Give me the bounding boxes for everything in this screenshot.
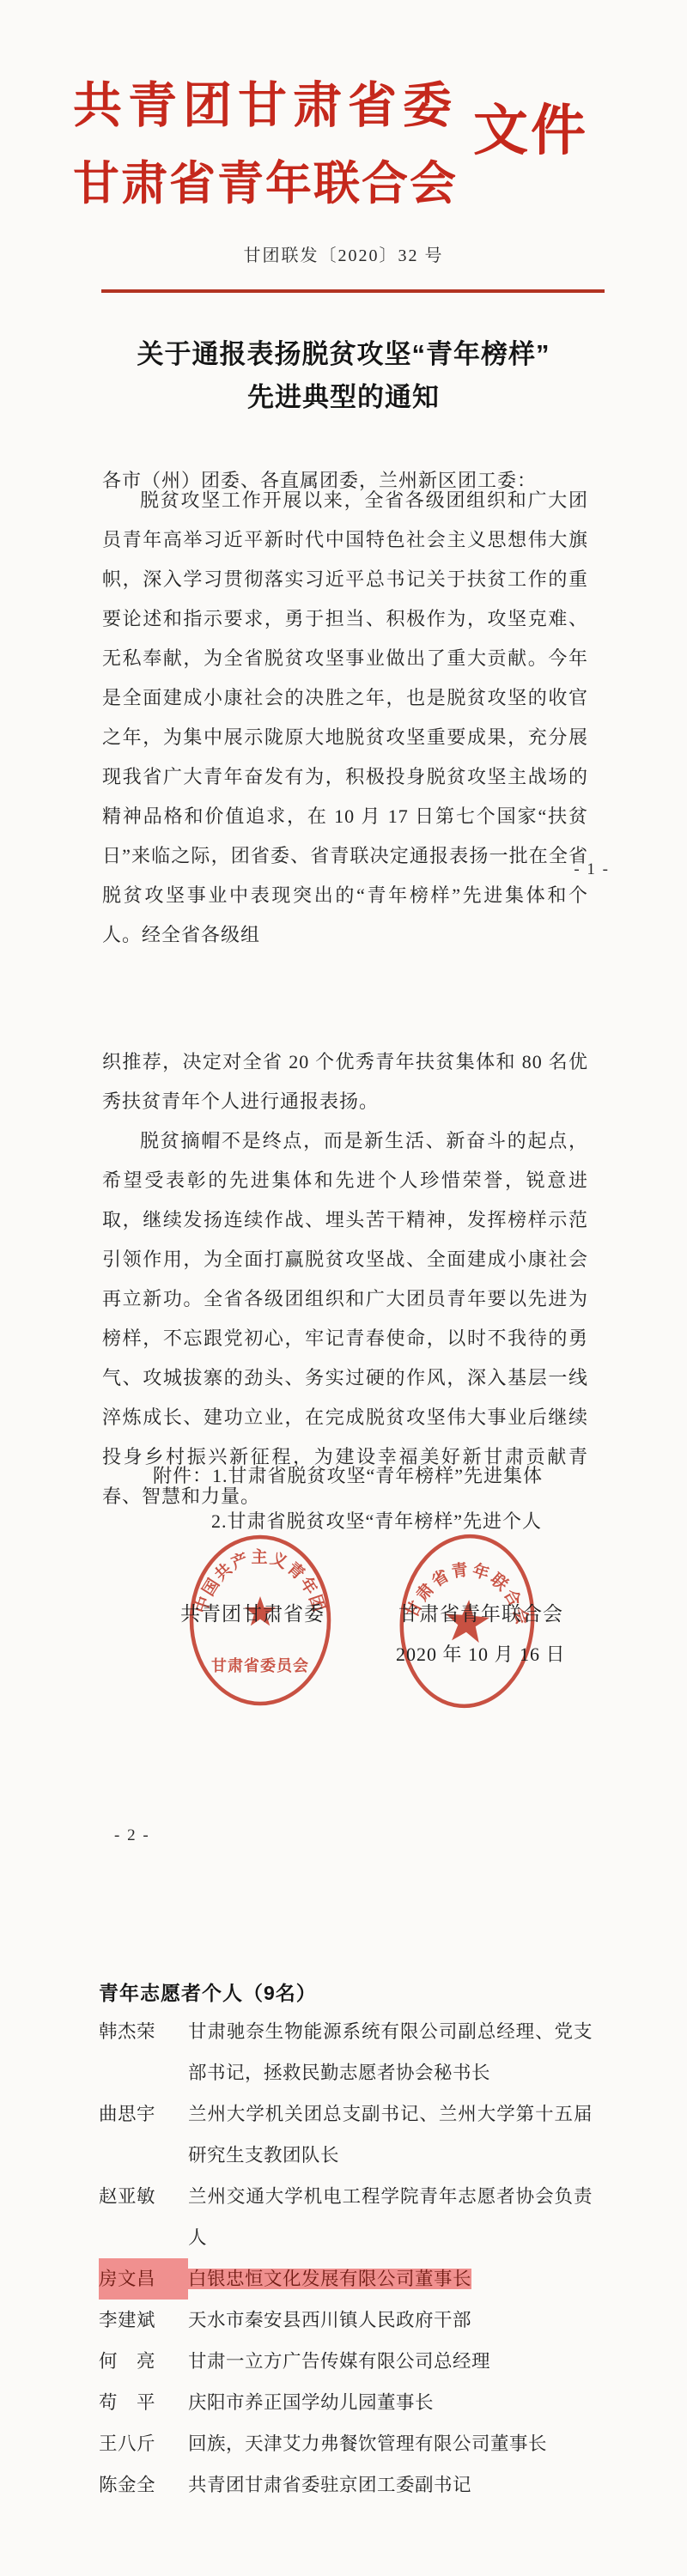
person-name: 王八斤 [99,2423,188,2464]
letterhead-org-line2: 甘肃省青年联合会 [73,146,468,222]
person-description: 共青团甘肃省委驻京团工委副书记 [188,2475,471,2495]
person-name: 陈金全 [99,2464,188,2506]
signature-org-2: 甘肃省青年联合会 [398,1598,563,1626]
person-description: 甘肃驰奈生物能源系统有限公司副总经理、党支部书记，拯救民勤志愿者协会秘书长 [188,2021,593,2083]
person-description: 回族，天津艾力弗餐饮管理有限公司董事长 [188,2433,547,2454]
person-description: 兰州交通大学机电工程学院青年志愿者协会负责人 [188,2186,593,2248]
person-name: 赵亚敏 [99,2176,188,2217]
notice-title-line1: 关于通报表扬脱贫攻坚“青年榜样” [0,333,687,376]
person-name: 房文昌 [99,2258,188,2300]
seal-left-bottom-text: 甘肃省委员会 [211,1656,309,1674]
list-item: 韩杰荣甘肃驰奈生物能源系统有限公司副总经理、党支部书记，拯救民勤志愿者协会秘书长 [99,2011,593,2093]
person-name: 曲思宇 [99,2093,188,2135]
document-number: 甘团联发〔2020〕32 号 [0,241,687,266]
person-description: 天水市秦安县西川镇人民政府干部 [188,2310,471,2330]
signature-date: 2020 年 10 月 16 日 [396,1640,566,1667]
person-name: 何 亮 [99,2341,188,2382]
letterhead: 共青团甘肃省委 甘肃省青年联合会 [73,67,468,222]
scanned-official-document: 共青团甘肃省委 甘肃省青年联合会 文件 甘团联发〔2020〕32 号 关于通报表… [0,0,687,2576]
page-1-number: - 1 - [574,860,610,879]
letterhead-org-line1: 共青团甘肃省委 [73,67,468,146]
list-item: 苟 平庆阳市养正国学幼儿园董事长 [99,2382,593,2423]
person-name: 苟 平 [99,2382,188,2423]
list-item-highlighted: 房文昌白银忠恒文化发展有限公司董事长 [99,2258,593,2300]
person-description: 兰州大学机关团总支副书记、兰州大学第十五届研究生支教团队长 [188,2104,593,2166]
page-2-number: - 2 - [114,1826,150,1845]
red-separator-line [101,289,605,293]
notice-title-line2: 先进典型的通知 [0,376,687,419]
attachments-label: 附件： [153,1465,212,1486]
person-name: 李建斌 [99,2300,188,2341]
page-2-body: 织推荐，决定对全省 20 个优秀青年扶贫集体和 80 名优秀扶贫青年个人进行通报… [102,1042,588,1516]
attachment-line-1: 附件：1.甘肃省脱贫攻坚“青年榜样”先进集体 [153,1453,543,1498]
award-list: 韩杰荣甘肃驰奈生物能源系统有限公司副总经理、党支部书记，拯救民勤志愿者协会秘书长… [99,2011,593,2506]
list-item: 王八斤回族，天津艾力弗餐饮管理有限公司董事长 [99,2423,593,2464]
paragraph-1: 脱贫攻坚工作开展以来，全省各级团组织和广大团员青年高举习近平新时代中国特色社会主… [102,481,588,955]
list-item: 曲思宇兰州大学机关团总支副书记、兰州大学第十五届研究生支教团队长 [99,2093,593,2176]
attachments-block: 附件：1.甘肃省脱贫攻坚“青年榜样”先进集体 2.甘肃省脱贫攻坚“青年榜样”先进… [153,1453,543,1544]
list-item: 赵亚敏兰州交通大学机电工程学院青年志愿者协会负责人 [99,2176,593,2258]
person-description: 甘肃一立方广告传媒有限公司总经理 [188,2351,490,2372]
person-description: 庆阳市养正国学幼儿园董事长 [188,2392,434,2413]
list-item: 陈金全共青团甘肃省委驻京团工委副书记 [99,2464,593,2506]
notice-title: 关于通报表扬脱贫攻坚“青年榜样” 先进典型的通知 [0,333,687,419]
attachment-item-1: 1.甘肃省脱贫攻坚“青年榜样”先进集体 [212,1465,543,1486]
person-name: 韩杰荣 [99,2011,188,2052]
document-type-label: 文件 [473,101,588,161]
paragraph-1-continued: 织推荐，决定对全省 20 个优秀青年扶贫集体和 80 名优秀扶贫青年个人进行通报… [102,1042,588,1121]
list-section-heading: 青年志愿者个人（9名） [99,1978,317,2006]
list-item: 李建斌天水市秦安县西川镇人民政府干部 [99,2300,593,2341]
person-description: 白银忠恒文化发展有限公司董事长 [188,2269,471,2289]
list-item: 何 亮甘肃一立方广告传媒有限公司总经理 [99,2341,593,2382]
signature-org-1: 共青团甘肃省委 [180,1598,325,1626]
